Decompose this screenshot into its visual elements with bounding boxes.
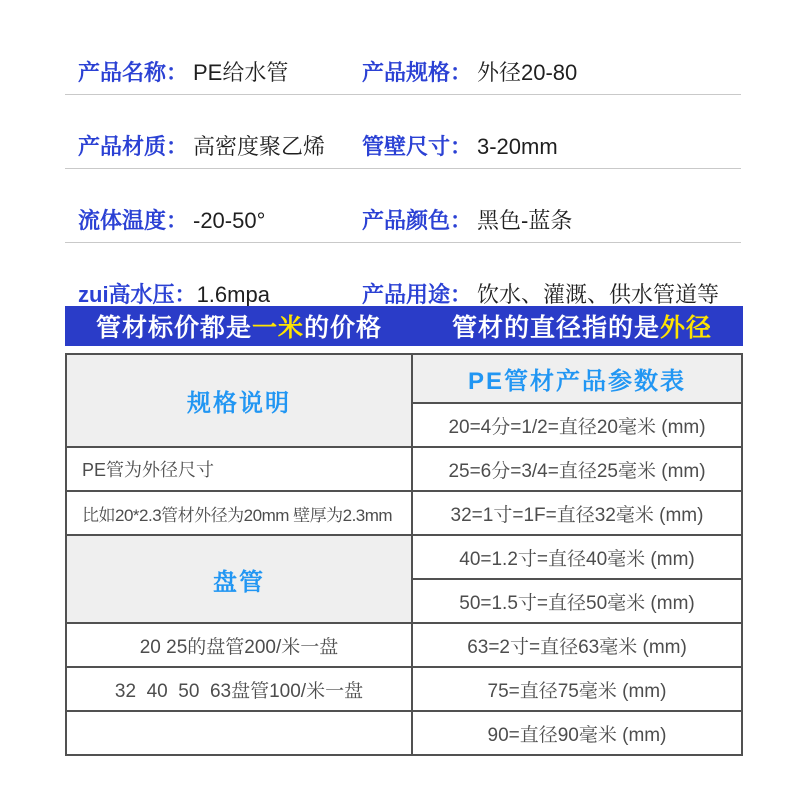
spec-pair: zui高水压： 1.6mpa [78, 278, 362, 309]
banner-text: 管材标价都是 [96, 314, 252, 342]
spec-label: zui高水压： [78, 278, 197, 309]
spec-value: 饮水、灌溉、供水管道等 [477, 278, 719, 309]
banner-text: 的价格 [304, 314, 382, 342]
spec-label: 产品规格： [362, 56, 477, 87]
banner-note-diameter: 管材的直径指的是外径 [452, 308, 712, 344]
param-cell: 75=直径75毫米 (mm) [412, 667, 742, 711]
spec-pair: 产品规格： 外径20-80 [362, 56, 741, 87]
param-cell: 25=6分=3/4=直径25毫米 (mm) [412, 447, 742, 491]
spec-label: 产品材质： [78, 130, 193, 161]
param-cell: 63=2寸=直径63毫米 (mm) [412, 623, 742, 667]
spec-value: 黑色-蓝条 [477, 204, 572, 235]
spec-label: 管壁尺寸： [362, 130, 477, 161]
table-row: 盘管 40=1.2寸=直径40毫米 (mm) [66, 535, 742, 579]
spec-value: 外径20-80 [477, 56, 577, 87]
param-cell: 90=直径90毫米 (mm) [412, 711, 742, 755]
spec-value: 3-20mm [477, 134, 558, 160]
param-cell: 32=1寸=1F=直径32毫米 (mm) [412, 491, 742, 535]
empty-cell [66, 711, 412, 755]
table-row: 比如20*2.3管材外径为20mm 壁厚为2.3mm 32=1寸=1F=直径32… [66, 491, 742, 535]
coil-note-cell: 32 40 50 63盘管100/米一盘 [66, 667, 412, 711]
product-spec-sheet: 产品名称： PE给水管 产品规格： 外径20-80 产品材质： 高密度聚乙烯 管… [0, 0, 800, 800]
banner-highlight: 一米 [252, 314, 304, 342]
coil-pipe-header: 盘管 [66, 535, 412, 623]
spec-label: 产品颜色： [362, 204, 477, 235]
param-cell: 50=1.5寸=直径50毫米 (mm) [412, 579, 742, 623]
spec-pair: 管壁尺寸： 3-20mm [362, 130, 741, 161]
spec-row-temp-color: 流体温度： -20-50° 产品颜色： 黑色-蓝条 [65, 169, 741, 243]
spec-value: 高密度聚乙烯 [193, 130, 325, 161]
spec-description-header: 规格说明 [66, 354, 412, 447]
spec-label: 流体温度： [78, 204, 193, 235]
coil-note-cell: 20 25的盘管200/米一盘 [66, 623, 412, 667]
param-table-header: PE管材产品参数表 [412, 354, 742, 403]
parameter-table: 规格说明 PE管材产品参数表 20=4分=1/2=直径20毫米 (mm) PE管… [65, 353, 743, 756]
spec-label: 产品名称： [78, 56, 193, 87]
param-cell: 20=4分=1/2=直径20毫米 (mm) [412, 403, 742, 447]
spec-pair: 产品材质： 高密度聚乙烯 [78, 130, 362, 161]
spec-value: PE给水管 [193, 56, 288, 87]
spec-list: 产品名称： PE给水管 产品规格： 外径20-80 产品材质： 高密度聚乙烯 管… [65, 21, 741, 317]
spec-note-cell: PE管为外径尺寸 [66, 447, 412, 491]
spec-pair: 产品用途： 饮水、灌溉、供水管道等 [362, 278, 741, 309]
table-row: 20 25的盘管200/米一盘 63=2寸=直径63毫米 (mm) [66, 623, 742, 667]
spec-pair: 产品颜色： 黑色-蓝条 [362, 204, 741, 235]
banner-note-price: 管材标价都是一米的价格 [96, 308, 382, 344]
spec-row-name-size: 产品名称： PE给水管 产品规格： 外径20-80 [65, 21, 741, 95]
spec-pair: 流体温度： -20-50° [78, 204, 362, 235]
spec-value: 1.6mpa [197, 282, 270, 308]
price-notice-banner: 管材标价都是一米的价格 管材的直径指的是外径 [65, 306, 743, 346]
banner-text: 管材的直径指的是 [452, 314, 660, 342]
table-row: PE管为外径尺寸 25=6分=3/4=直径25毫米 (mm) [66, 447, 742, 491]
spec-label: 产品用途： [362, 278, 477, 309]
table-row: 规格说明 PE管材产品参数表 [66, 354, 742, 403]
spec-row-material-wall: 产品材质： 高密度聚乙烯 管壁尺寸： 3-20mm [65, 95, 741, 169]
spec-pair: 产品名称： PE给水管 [78, 56, 362, 87]
spec-value: -20-50° [193, 208, 265, 234]
banner-highlight: 外径 [660, 314, 712, 342]
table-row: 32 40 50 63盘管100/米一盘 75=直径75毫米 (mm) [66, 667, 742, 711]
param-cell: 40=1.2寸=直径40毫米 (mm) [412, 535, 742, 579]
spec-note-cell: 比如20*2.3管材外径为20mm 壁厚为2.3mm [66, 491, 412, 535]
table-row: 90=直径90毫米 (mm) [66, 711, 742, 755]
